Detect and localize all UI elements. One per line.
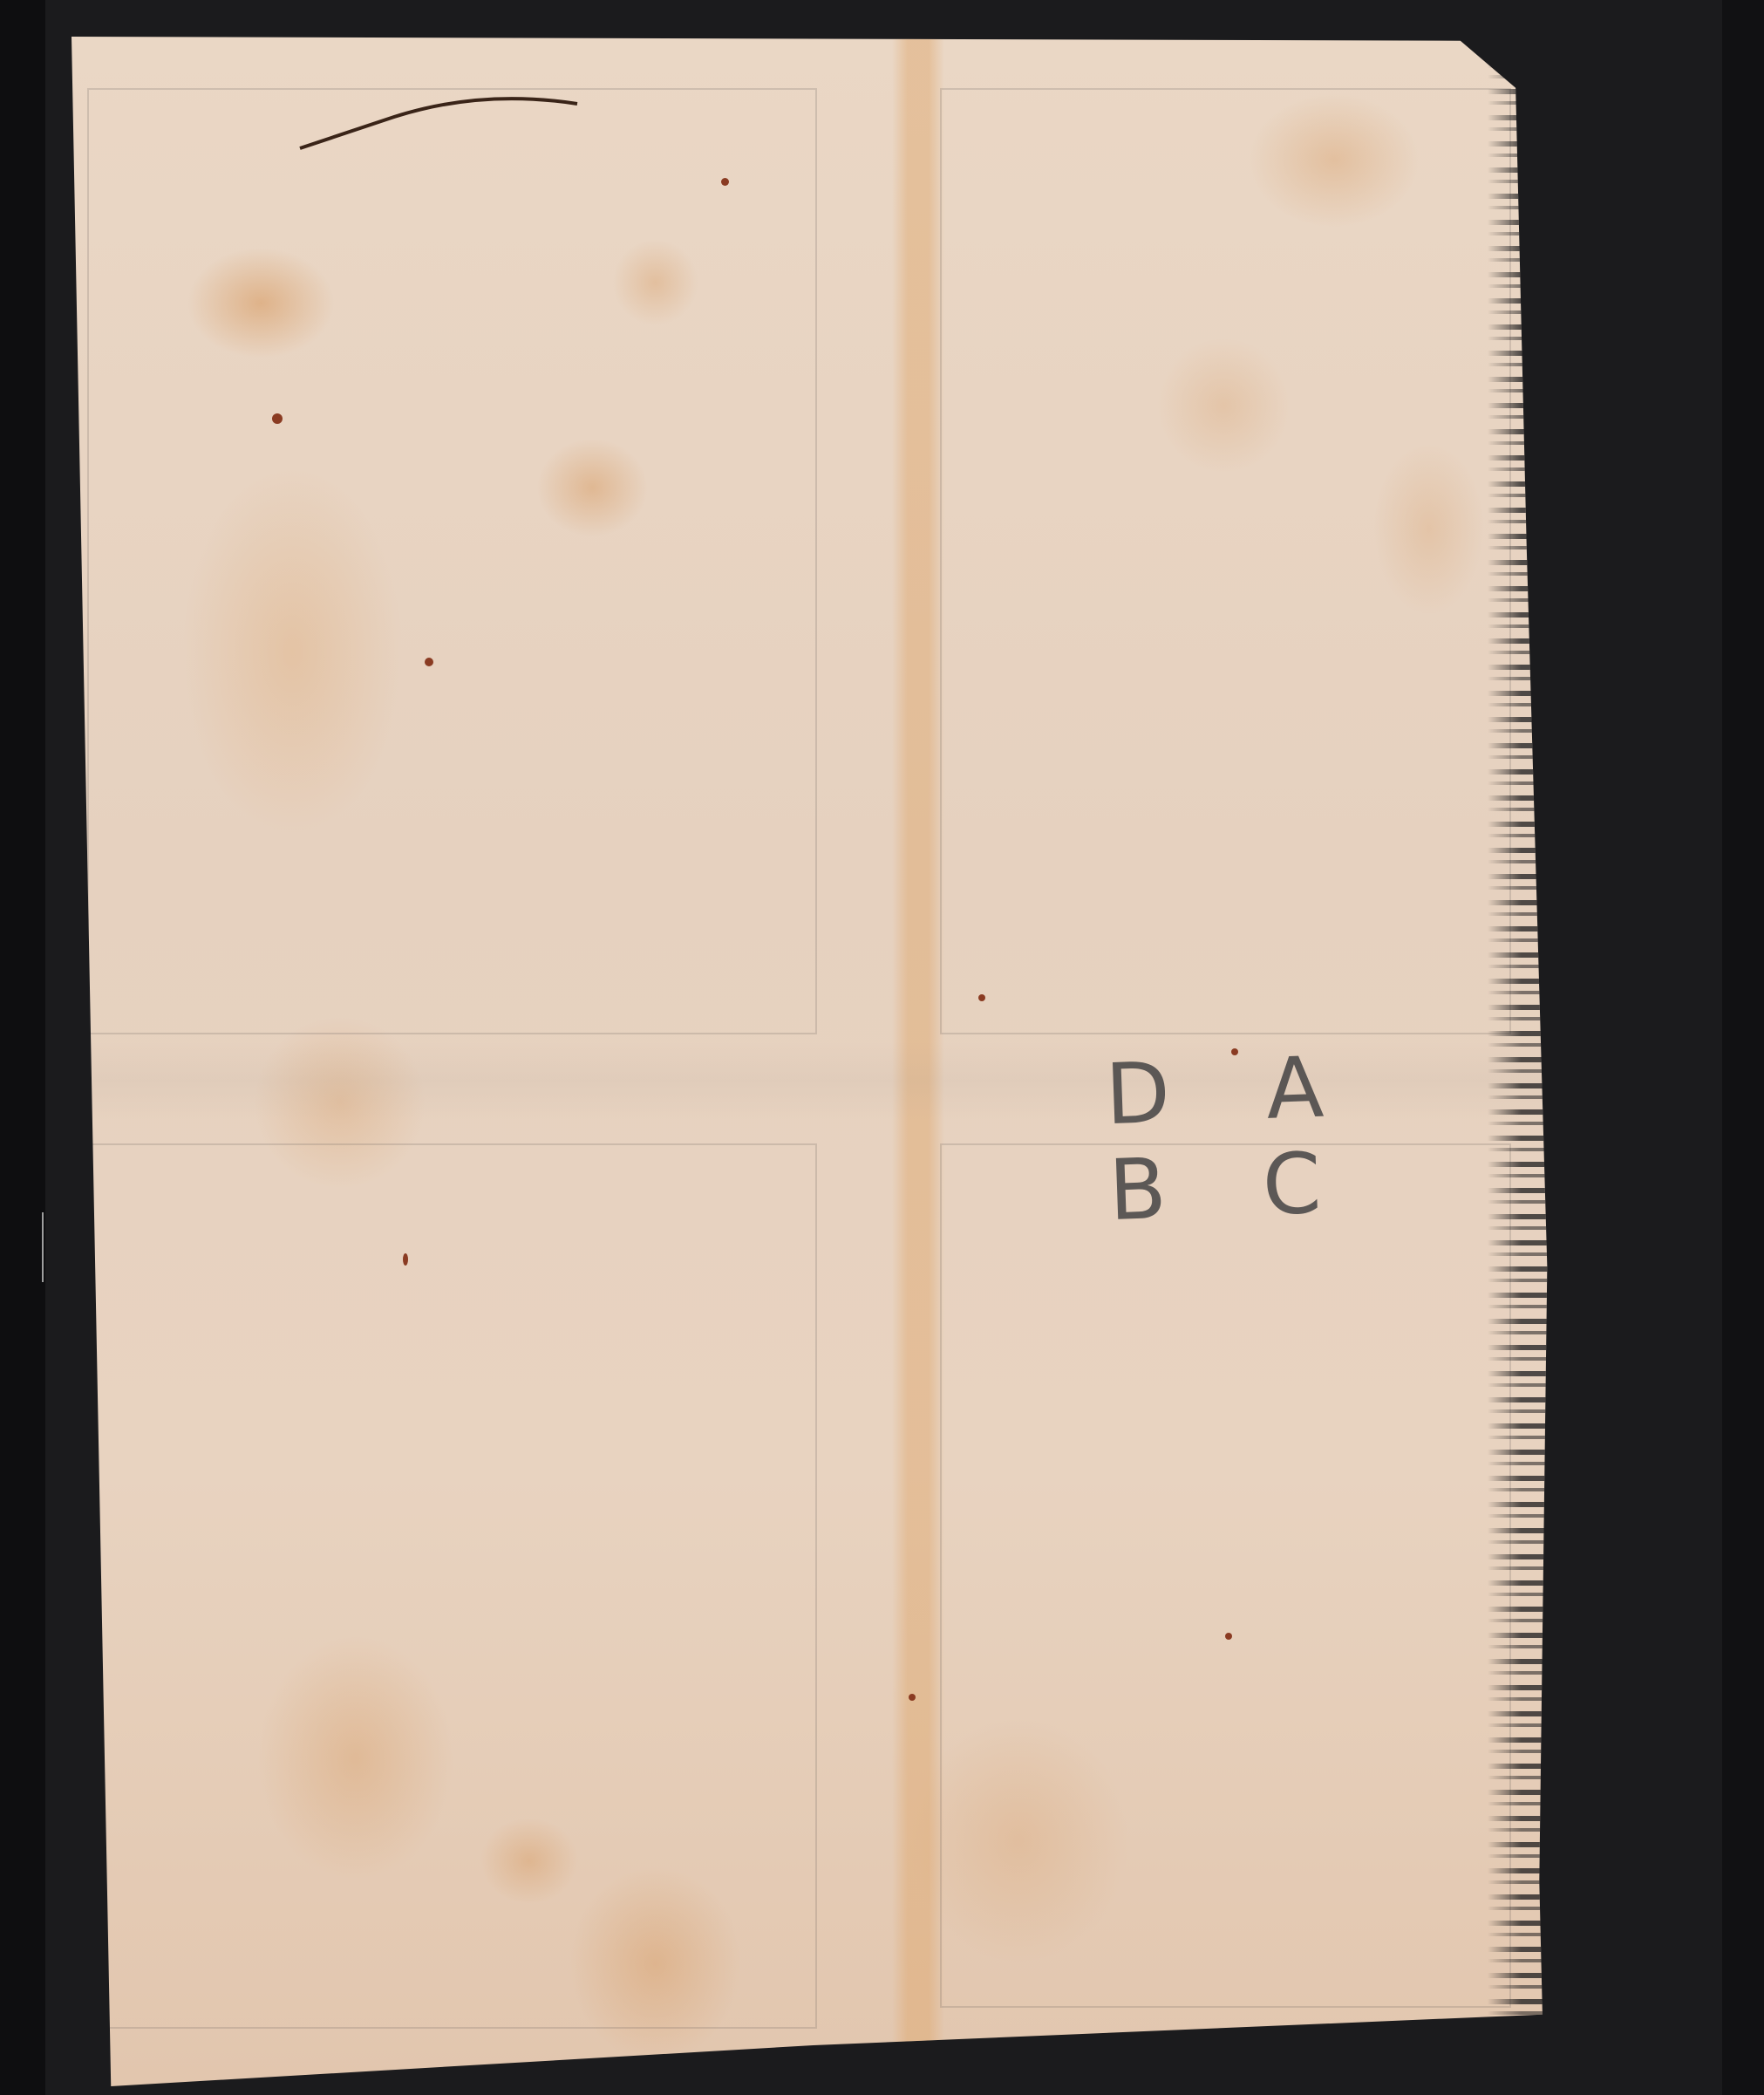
foxing-spot <box>1225 1633 1232 1640</box>
foxing-spot <box>403 1253 408 1266</box>
annotation-row-2: B C <box>1107 1134 1372 1239</box>
foxing-spot <box>978 994 985 1001</box>
foxing-spot <box>909 1694 916 1701</box>
foxing-spot <box>425 658 433 666</box>
stamp-frame-top-right <box>940 88 1512 1034</box>
mount-scratch-mark <box>42 1212 70 1282</box>
foxing-spot <box>721 178 729 186</box>
stamp-frame-top-left <box>87 88 817 1034</box>
cancellation-ink-edge <box>1488 37 1549 2025</box>
pencil-position-annotation: D A B C <box>1104 1038 1372 1256</box>
stamp-block-reverse <box>72 37 1650 2086</box>
stamp-frame-bottom-right <box>940 1143 1512 2008</box>
foxing-spot <box>272 413 283 424</box>
mount-left-edge <box>0 0 45 2095</box>
mount-right-edge <box>1722 0 1764 2095</box>
horizontal-gutter <box>72 1041 1650 1120</box>
stamp-frame-bottom-left <box>87 1143 817 2029</box>
annotation-row-1: D A <box>1104 1038 1369 1143</box>
